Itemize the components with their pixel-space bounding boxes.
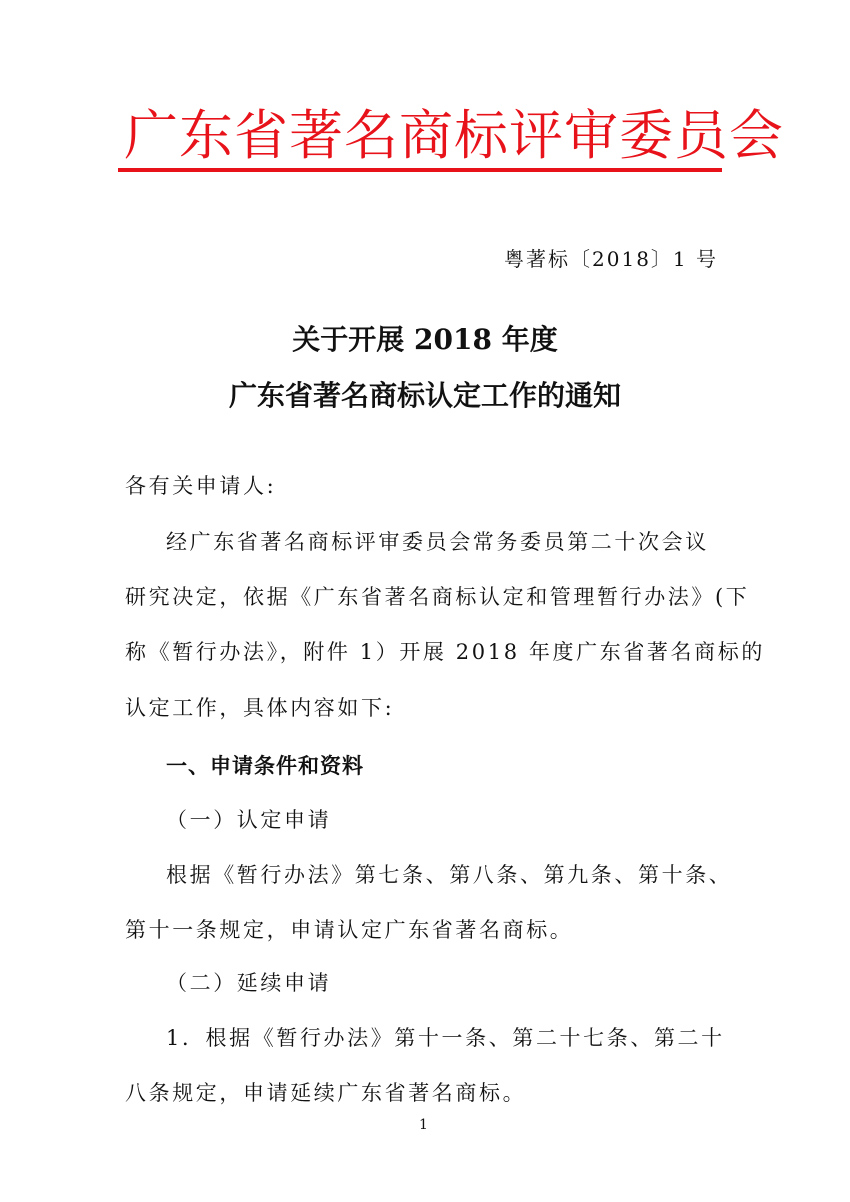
document-title-line-1: 关于开展 2018 年度 xyxy=(0,322,850,358)
subsection-heading: （一）认定申请 xyxy=(166,805,331,835)
body-paragraph-line: 研究决定，依据《广东省著名商标认定和管理暂行办法》(下 xyxy=(125,582,749,612)
red-divider-line xyxy=(118,168,722,172)
body-paragraph-line: 经广东省著名商标评审委员会常务委员第二十次会议 xyxy=(166,527,709,557)
body-paragraph-line: 称《暂行办法》，附件 1）开展 2018 年度广东省著名商标的 xyxy=(125,637,765,667)
salutation: 各有关申请人: xyxy=(125,471,276,501)
document-title-line-2: 广东省著名商标认定工作的通知 xyxy=(0,378,850,414)
organization-letterhead: 广东省著名商标评审委员会 xyxy=(124,104,784,168)
body-paragraph-line: 第十一条规定，申请认定广东省著名商标。 xyxy=(125,915,573,945)
page-number: 1 xyxy=(419,1117,428,1133)
document-number: 粤著标〔2018〕1 号 xyxy=(504,245,718,273)
body-paragraph-line: 根据《暂行办法》第七条、第八条、第九条、第十条、 xyxy=(166,860,732,890)
section-heading-1: 一、申请条件和资料 xyxy=(166,750,364,780)
list-item-line: 1．根据《暂行办法》第十一条、第二十七条、第二十 xyxy=(166,1023,725,1053)
subsection-heading: （二）延续申请 xyxy=(166,968,331,998)
body-paragraph-line: 认定工作，具体内容如下: xyxy=(125,693,394,723)
list-item-line: 八条规定，申请延续广东省著名商标。 xyxy=(125,1078,526,1108)
